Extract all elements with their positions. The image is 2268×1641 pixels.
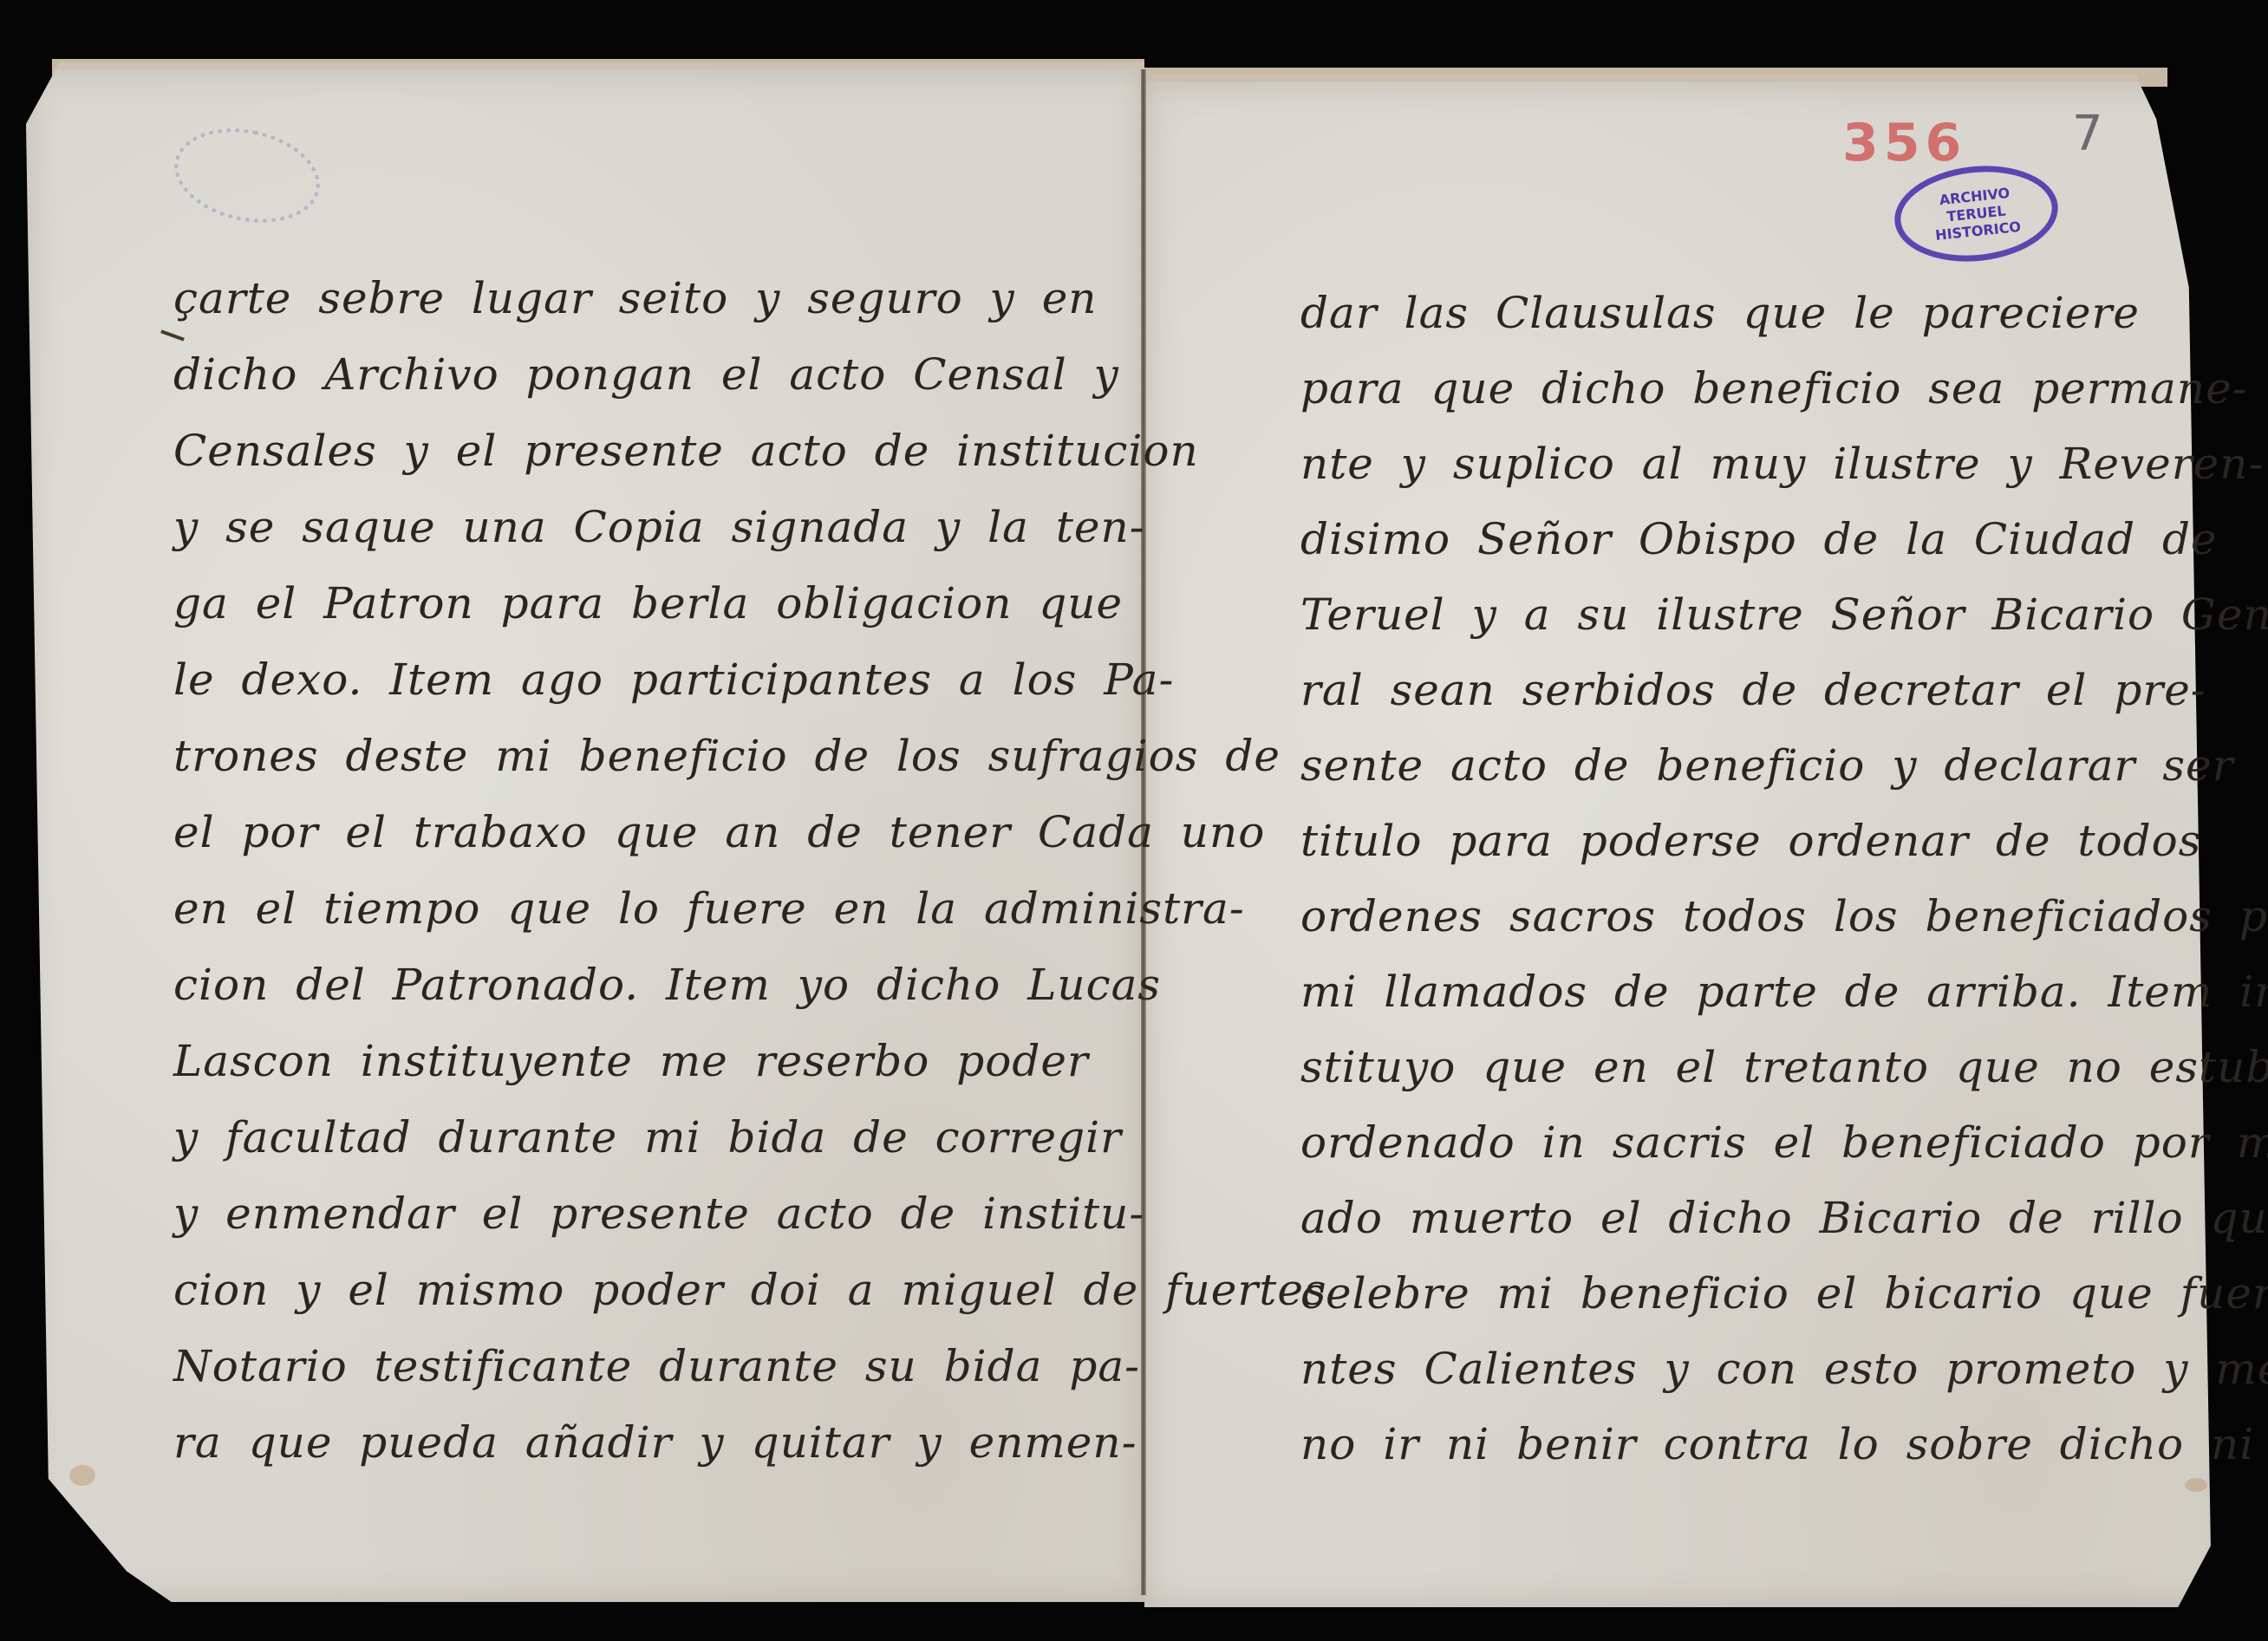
text-line: para que dicho beneficio sea permane- [1300, 351, 2245, 427]
text-line: mi llamados de parte de arriba. Item in- [1300, 954, 2245, 1030]
text-line: no ir ni benir contra lo sobre dicho ni … [1300, 1407, 2245, 1482]
text-line: ga el Patron para berla obligacion que [173, 565, 1144, 641]
text-line: dicho Archivo pongan el acto Censal y [173, 336, 1144, 413]
text-line: stituyo que en el tretanto que no estubi… [1300, 1030, 2245, 1105]
text-line: çarte sebre lugar seito y seguro y en [173, 260, 1144, 336]
right-page-text: dar las Clausulas que le pareciere para … [1300, 276, 2245, 1482]
text-line: Censales y el presente acto de instituci… [173, 413, 1144, 489]
text-line: celebre mi beneficio el bicario que fuer… [1300, 1256, 2245, 1332]
text-line: y facultad durante mi bida de corregir [173, 1099, 1144, 1175]
text-line: ntes Calientes y con esto prometo y me o… [1300, 1332, 2245, 1407]
text-line: el por el trabaxo que an de tener Cada u… [173, 794, 1144, 870]
folio-number-red: 356 [1842, 113, 1966, 173]
text-line: ordenado in sacris el beneficiado por mi… [1300, 1105, 2245, 1181]
text-line: ordenes sacros todos los beneficiados po… [1300, 879, 2245, 954]
text-line: titulo para poderse ordenar de todos [1300, 804, 2245, 879]
text-line: Notario testificante durante su bida pa- [173, 1328, 1144, 1404]
text-line: ado muerto el dicho Bicario de rillo qui… [1300, 1181, 2245, 1256]
text-line: disimo Señor Obispo de la Ciudad de [1300, 502, 2245, 577]
text-line: ral sean serbidos de decretar el pre- [1300, 653, 2245, 728]
text-line: cion y el mismo poder doi a miguel de fu… [173, 1252, 1144, 1328]
folio-number-pencil: 7 [2072, 106, 2103, 162]
text-line: Teruel y a su ilustre Señor Bicario Gene… [1300, 577, 2245, 653]
text-line: y se saque una Copia signada y la ten- [173, 489, 1144, 565]
text-line: ra que pueda añadir y quitar y enmen- [173, 1404, 1144, 1481]
text-line: en el tiempo que lo fuere en la administ… [173, 870, 1144, 947]
text-line: cion del Patronado. Item yo dicho Lucas [173, 947, 1144, 1023]
text-line: nte y suplico al muy ilustre y Reveren- [1300, 427, 2245, 502]
text-line: le dexo. Item ago participantes a los Pa… [173, 641, 1144, 718]
foxing-stain [69, 1465, 95, 1486]
left-page-text: çarte sebre lugar seito y seguro y en di… [173, 260, 1144, 1481]
text-line: Lascon instituyente me reserbo poder [173, 1023, 1144, 1099]
text-line: sente acto de beneficio y declarar ser [1300, 728, 2245, 804]
text-line: trones deste mi beneficio de los sufragi… [173, 718, 1144, 794]
text-line: dar las Clausulas que le pareciere [1300, 276, 2245, 351]
text-line: y enmendar el presente acto de institu- [173, 1175, 1144, 1252]
